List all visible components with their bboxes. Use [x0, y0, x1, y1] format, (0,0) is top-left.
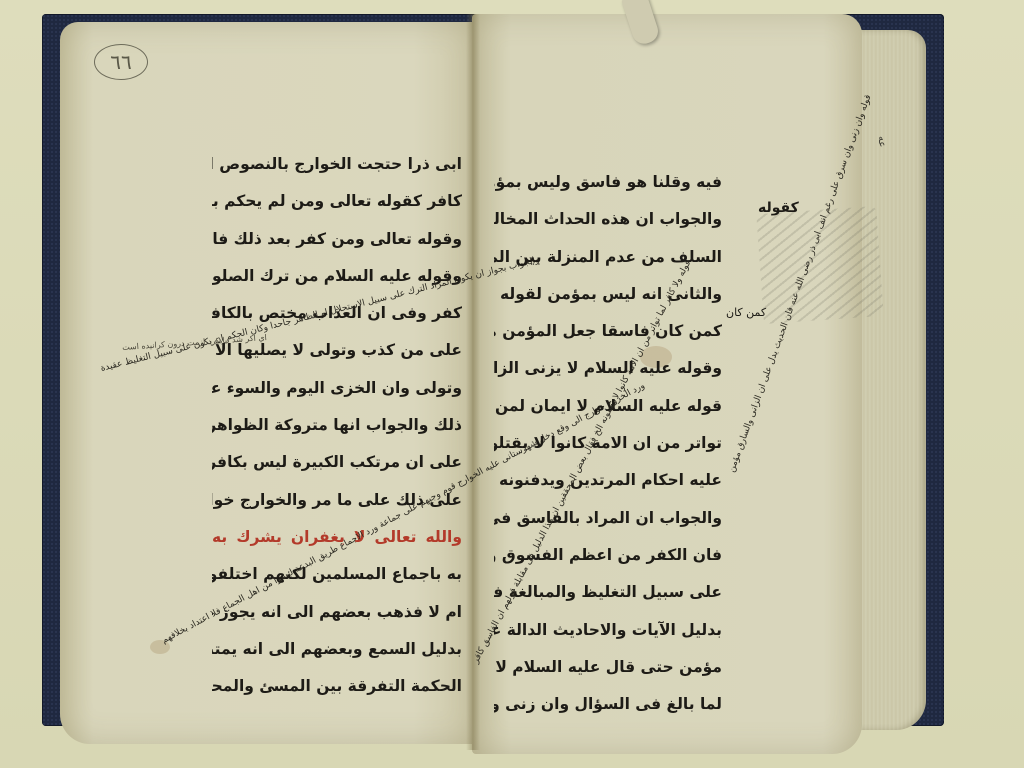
text-line: بدليل الآيات والاحاديث الدالة على ان الف…: [494, 612, 722, 649]
text-line: لما بالغ فى السؤال وان زنى وان سرق على ر…: [494, 686, 722, 723]
text-line: وقوله تعالى ومن كفر بعد ذلك فاولئك هم ال…: [212, 221, 462, 258]
margin-note: كمن كان: [726, 306, 766, 319]
folio-number: ٦٦: [94, 44, 148, 80]
text-line: كمن كان فاسقا جعل المؤمن مقابلا للفاسق: [494, 313, 722, 350]
page-stack-edge: [858, 30, 926, 730]
text-line: ذلك والجواب انها متروكة الظواهر للنصوص ا…: [212, 407, 462, 444]
text-line: والجواب ان المراد بالفاسق فى الآية هو ال…: [494, 500, 722, 537]
right-page-text: فيه وقلنا هو فاسق وليس بمؤمن ولا كافر ول…: [494, 164, 722, 723]
text-line: والجواب ان هذه الحداث المخالف لما اجمع ع…: [494, 201, 722, 238]
margin-note: كقوله: [758, 202, 799, 215]
left-page-text: ابى ذرا حتجت الخوارج بالنصوص الظاهرة فان…: [212, 146, 462, 705]
text-line: وقوله عليه السلام لا يزنى الزانى وهو مؤم…: [494, 350, 722, 387]
text-line: مؤمن حتى قال عليه السلام لابى ذر رضى الل…: [494, 649, 722, 686]
text-line: عليه احكام المرتدين ويدفنونه فى مقابر ال…: [494, 462, 722, 499]
book-gutter: [466, 14, 480, 750]
edge-mark: عه: [876, 136, 887, 147]
text-line: على سبيل التغليظ والمبالغة فى الزجر عن ا…: [494, 574, 722, 611]
text-line: على ان مرتكب الكبيرة ليس بكافر والاجماع …: [212, 444, 462, 481]
text-line: والثانى انه ليس بمؤمن لقوله تعالى افمن ك…: [494, 276, 722, 313]
text-line: فيه وقلنا هو فاسق وليس بمؤمن ولا كافر ول…: [494, 164, 722, 201]
text-line: الحكمة التفرقة بين المسئ والمحسن والكفر …: [212, 668, 462, 705]
text-line: بدليل السمع وبعضهم الى انه يمتنع عقلا لا…: [212, 631, 462, 668]
text-line: وتولى وان الخزى اليوم والسوء على الكافري…: [212, 370, 462, 407]
text-line: كافر كقوله تعالى ومن لم يحكم بما انزل ال…: [212, 183, 462, 220]
text-line: ابى ذرا حتجت الخوارج بالنصوص الظاهرة فان…: [212, 146, 462, 183]
text-line: تواتر من ان الامة كانوا لا يقتلونه ولا ي…: [494, 425, 722, 462]
